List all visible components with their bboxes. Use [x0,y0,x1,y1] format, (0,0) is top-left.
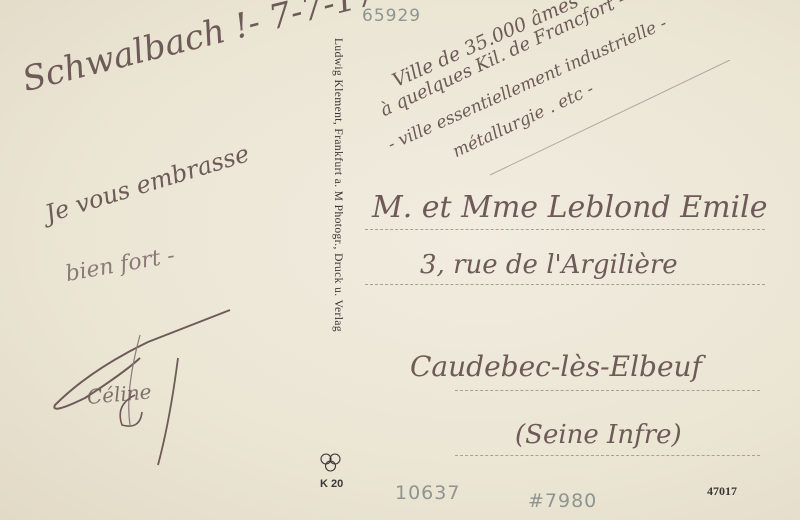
archive-number-bottom-left: 10637 [395,482,460,504]
pencil-stroke-icon [480,60,740,180]
message-line-1: Je vous embrasse [42,139,253,228]
address-region: (Seine Infre) [515,420,682,450]
signature-flourish-icon [30,300,290,500]
address-line-rule-3 [455,390,760,391]
clover-monogram-icon [318,452,344,472]
postcard-back: 65929 Schwalbach !- 7-7-17 Je vous embra… [0,0,800,520]
archive-number-bottom-center: #7980 [528,490,597,512]
publisher-imprint: Ludwig Klement, Frankfurt a. M Photogr.,… [330,38,350,418]
place-date: Schwalbach !- 7-7-17 [18,0,381,100]
series-code: K 20 [320,478,343,490]
address-town: Caudebec-lès-Elbeuf [410,350,702,383]
address-recipient: M. et Mme Leblond Emile [372,190,767,225]
address-line-rule-1 [365,229,765,230]
message-line-2: bien fort - [64,243,177,287]
address-street: 3, rue de l'Argilière [420,250,678,280]
address-line-rule-4 [455,455,760,456]
card-number: 47017 [707,484,737,499]
publisher-line: Ludwig Klement, Frankfurt a. M Photogr.,… [332,38,344,332]
address-line-rule-2 [365,284,765,285]
